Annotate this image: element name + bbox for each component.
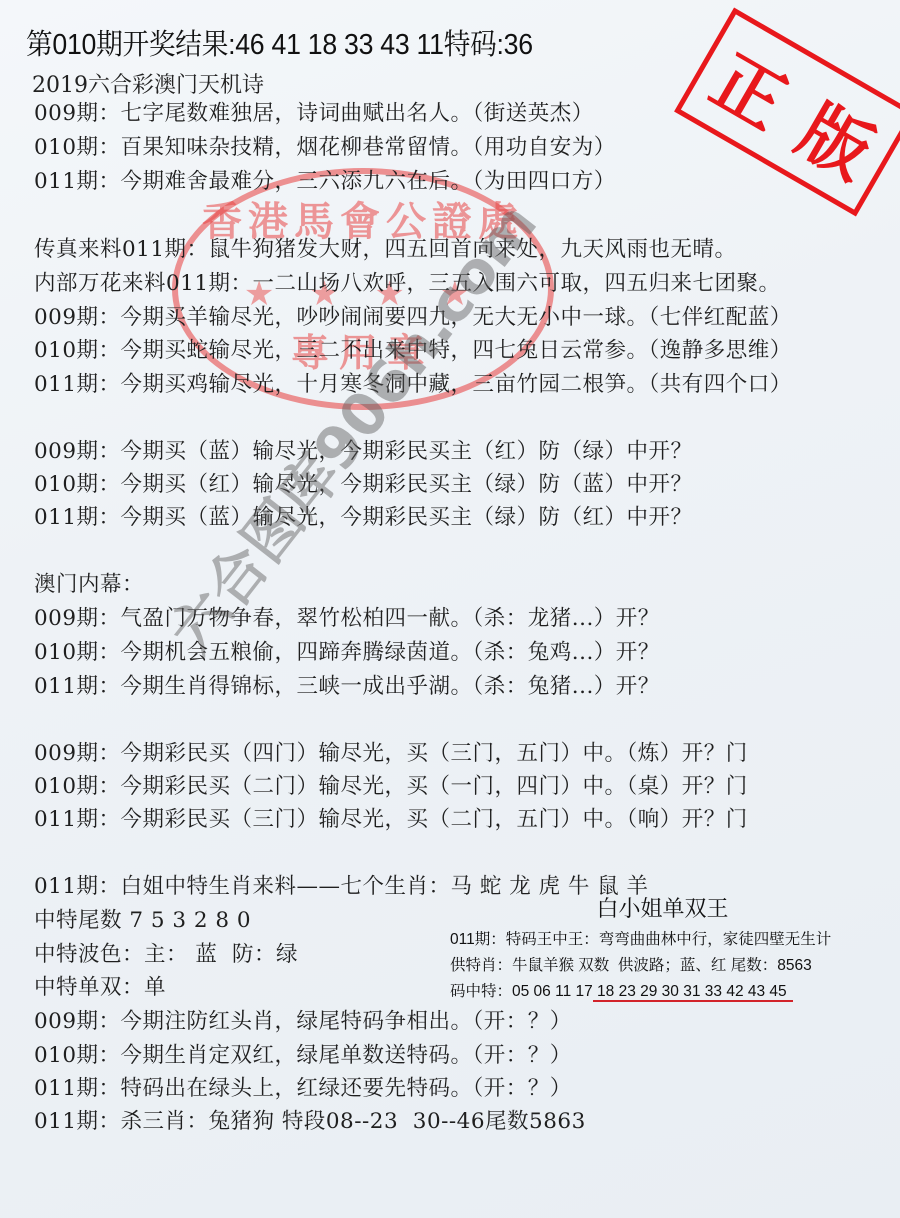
box-line-numbers: 码中特：05 06 11 17 18 23 29 30 31 33 42 43 … (450, 979, 890, 1001)
poem-line: 010期：百果知味杂技精，烟花柳巷常留情。（用功自安为） (34, 130, 616, 161)
inside-line: 011期：今期生肖得锦标，三峡一成出乎湖。（杀：兔猪...）开？ (34, 669, 660, 700)
special-line: 中特尾数 7 5 3 2 8 0 (34, 903, 251, 934)
color-line: 011期：今期买（蓝）输尽光，今期彩民买主（绿）防（红）中开？ (34, 500, 693, 531)
color-line: 010期：今期买（红）输尽光，今期彩民买主（绿）防（蓝）中开？ (34, 467, 693, 498)
box-line: 供特肖：牛鼠羊猴 双数 供波路；蓝、红 尾数：8563 (450, 953, 890, 975)
single-double-box: 白小姐单双王 011期：特码王中王：弯弯曲曲林中行，家徒四壁无生计 供特肖：牛鼠… (450, 892, 890, 1001)
numbers-underlined: 18 23 29 30 31 33 42 43 45 (593, 983, 793, 1002)
tail-line: 009期：今期注防红头肖，绿尾特码争相出。（开：？） (34, 1004, 572, 1035)
tail-line: 011期：杀三肖：兔猪狗 特段08--23 30--46尾数5863 (34, 1104, 586, 1135)
fax-line: 009期：今期买羊输尽光，吵吵闹闹要四九，无大无小中一球。（七伴红配蓝） (34, 300, 792, 331)
numbers-prefix: 码中特：05 06 11 17 (450, 983, 593, 1000)
door-line: 009期：今期彩民买（四门）输尽光，买（三门，五门）中。（炼）开？门 (34, 736, 748, 767)
stamp-char-1: 正 (696, 26, 807, 148)
inside-line: 010期：今期机会五粮偷，四蹄奔腾绿茵道。（杀：兔鸡...）开？ (34, 635, 660, 666)
poem-line: 011期：今期难舍最难分，三六添九六在后。（为田四口方） (34, 164, 616, 195)
inside-title: 澳门内幕： (34, 567, 144, 598)
official-version-stamp: 正 版 (674, 8, 900, 217)
fax-line: 内部万花来料011期：一二山场八欢呼，三五入围六可取，四五归来七团聚。 (34, 266, 781, 297)
tail-line: 011期：特码出在绿头上，红绿还要先特码。（开：？） (34, 1071, 572, 1102)
inside-line: 009期：气盈门万物争春，翠竹松柏四一献。（杀：龙猪...）开？ (34, 601, 660, 632)
door-line: 011期：今期彩民买（三门）输尽光，买（二门，五门）中。（响）开？门 (34, 802, 748, 833)
poem-subtitle: 2019六合彩澳门天机诗 (32, 68, 264, 99)
door-line: 010期：今期彩民买（二门）输尽光，买（一门，四门）中。（桌）开？门 (34, 769, 748, 800)
poem-line: 009期：七字尾数难独居，诗词曲赋出名人。（街送英杰） (34, 96, 594, 127)
stamp-char-2: 版 (783, 76, 894, 198)
fax-line: 传真来料011期：鼠牛狗猪发大财，四五回首向来处，九天风雨也无晴。 (34, 232, 737, 263)
box-title: 白小姐单双王 (435, 892, 890, 923)
tail-line: 010期：今期生肖定双红，绿尾单数送特码。（开：？） (34, 1038, 572, 1069)
special-line: 中特单双：单 (34, 970, 166, 1001)
fax-line: 010期：今期买蛇输尽光，三二不出来中特，四七兔日云常参。（逸静多思维） (34, 333, 792, 364)
draw-result-title: 第010期开奖结果:46 41 18 33 43 11特码:36 (26, 22, 533, 63)
box-line: 011期：特码王中王：弯弯曲曲林中行，家徒四壁无生计 (450, 927, 890, 949)
color-line: 009期：今期买（蓝）输尽光，今期彩民买主（红）防（绿）中开？ (34, 434, 693, 465)
fax-line: 011期：今期买鸡输尽光，十月寒冬洞中藏，三亩竹园二根笋。（共有四个口） (34, 367, 792, 398)
special-line: 中特波色：主： 蓝 防：绿 (34, 937, 298, 968)
